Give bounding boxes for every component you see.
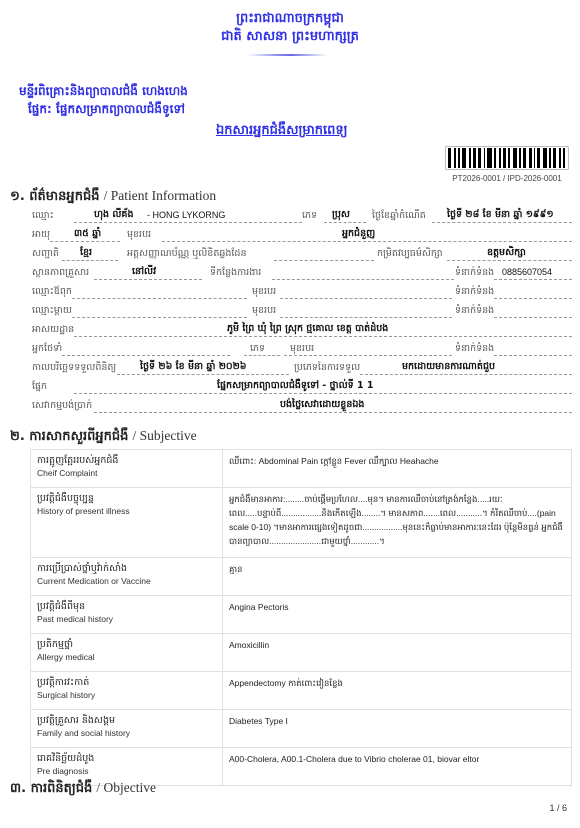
subjective-table: ការត្អូញត្អែររបស់អ្នកជំងឺCheif Complaint… bbox=[30, 449, 572, 786]
table-row: ប្រវត្តិជំងឺបច្ចុប្បន្នHistory of presen… bbox=[31, 488, 572, 558]
marital-value: នៅលីវ bbox=[132, 265, 156, 279]
caregiver-sex-label: ភេទ bbox=[250, 342, 265, 356]
row-value: Angina Pectoris bbox=[229, 602, 289, 612]
mother-occupation-label: មុខរបរ bbox=[252, 304, 276, 318]
age-label: អាយុ bbox=[32, 228, 50, 242]
mother-contact-label: ទំនាក់ទំនង bbox=[455, 304, 494, 318]
row-label-cell: ការត្អូញត្អែររបស់អ្នកជំងឺCheif Complaint bbox=[31, 450, 223, 488]
father-occupation-label: មុខរបរ bbox=[252, 285, 276, 299]
row-label-en: Cheif Complaint bbox=[37, 467, 216, 479]
section-title-en: / Patient Information bbox=[104, 188, 216, 203]
education-label: កម្រិតវប្បធម៌សិក្សា bbox=[377, 247, 443, 261]
row-value: Amoxicillin bbox=[229, 640, 269, 650]
table-row: ការប្រើប្រាស់ថ្នាំឬវ៉ាក់សាំងCurrent Medi… bbox=[31, 558, 572, 596]
sex-value: ប្រុស bbox=[332, 208, 350, 222]
row-label-km: ប្រតិកម្មថ្នាំ bbox=[37, 638, 216, 651]
row-value: Diabetes Type I bbox=[229, 716, 288, 726]
contact-label: ទំនាក់ទំនង bbox=[455, 266, 494, 280]
page-number: 1 / 6 bbox=[549, 803, 567, 813]
father-label: ឈ្មោះឪពុក bbox=[32, 285, 72, 299]
row-value-cell: A00-Cholera, A00.1-Cholera due to Vibrio… bbox=[223, 748, 572, 786]
patient-info-section-title: ១. ព័ត៌មានអ្នកជំងឺ / Patient Information bbox=[10, 188, 216, 207]
row-ward: ផ្នែក ផ្នែកសម្រាកព្យាបាលជំងឺទូទៅ - ថ្នាល… bbox=[32, 378, 572, 396]
row-admission: កាលបរិច្ឆេទទទួលពិនិត្យ ថ្ងៃទី ២៦ ខែ មីនា… bbox=[32, 359, 572, 377]
row-value: ឈឺពោះ: Abdominal Pain ក្ដៅខ្លួន Fever ឈឺ… bbox=[229, 456, 439, 466]
row-value-cell: គ្មាន bbox=[223, 558, 572, 596]
admission-type-label: ប្រភេទនៃការទទួល bbox=[294, 361, 360, 375]
row-value: Appendectomy កាត់ពោះវៀនខ្លែង bbox=[229, 678, 343, 688]
ward-label: ផ្នែក bbox=[32, 380, 47, 394]
kingdom-header: ព្រះរាជាណាចក្រកម្ពុជា bbox=[0, 10, 580, 29]
row-label-cell: ប្រតិកម្មថ្នាំAllergy medical bbox=[31, 634, 223, 672]
ward-value: ផ្នែកសម្រាកព្យាបាលជំងឺទូទៅ - ថ្នាល់ទី 1 … bbox=[217, 379, 374, 393]
dob-value: ថ្ងៃទី ២៨ ខែ មីនា ឆ្នាំ ១៩៩១ bbox=[447, 208, 554, 222]
table-row: ប្រវត្តិជំងឺពីមុនPast medical historyAng… bbox=[31, 596, 572, 634]
row-label-en: Family and social history bbox=[37, 727, 216, 739]
row-label-cell: ប្រវត្តិជំងឺពីមុនPast medical history bbox=[31, 596, 223, 634]
father-contact-label: ទំនាក់ទំនង bbox=[455, 285, 494, 299]
id-label: អត្តសញ្ញាណប័ណ្ណ ឬលិខិតឆ្លងដែន bbox=[127, 247, 247, 261]
row-label-km: ប្រវត្តិជំងឺពីមុន bbox=[37, 600, 216, 613]
name-latin-value: - HONG LYKORNG bbox=[147, 210, 225, 220]
motto-header: ជាតិ សាសនា ព្រះមហាក្សត្រ bbox=[0, 28, 580, 47]
row-value: គ្មាន bbox=[229, 564, 243, 574]
row-value-cell: Diabetes Type I bbox=[223, 710, 572, 748]
caregiver-occupation-label: មុខរបរ bbox=[290, 342, 314, 356]
barcode-image bbox=[445, 146, 569, 170]
table-row: ប្រវត្តិការវះកាត់Surgical historyAppende… bbox=[31, 672, 572, 710]
row-value-cell: Amoxicillin bbox=[223, 634, 572, 672]
row-father: ឈ្មោះឪពុក មុខរបរ ទំនាក់ទំនង bbox=[32, 283, 572, 301]
row-marital: ស្ថានភាពគ្រួសារ នៅលីវ ទីកន្លែងការងារ ទំន… bbox=[32, 264, 572, 282]
address-label: អាសយដ្ឋាន bbox=[32, 323, 74, 337]
mother-label: ឈ្មោះម្ដាយ bbox=[32, 304, 72, 318]
row-label-km: ប្រវត្តិការវះកាត់ bbox=[37, 676, 216, 689]
section-title-km: ២. ការសាកសួរពីអ្នកជំងឺ bbox=[10, 429, 128, 444]
row-address: អាសយដ្ឋាន ភូមិ ព្រៃ ឃុំ ព្រៃ ស្រុក ថ្មគោ… bbox=[32, 321, 572, 339]
row-label-cell: ប្រវត្តិជំងឺបច្ចុប្បន្នHistory of presen… bbox=[31, 488, 223, 558]
row-value-cell: Angina Pectoris bbox=[223, 596, 572, 634]
row-label-cell: ប្រវត្តិគ្រួសារ និងសង្គមFamily and socia… bbox=[31, 710, 223, 748]
row-label-en: Past medical history bbox=[37, 613, 216, 625]
row-label-en: Pre diagnosis bbox=[37, 765, 216, 777]
dob-label: ថ្ងៃខែឆ្នាំកំណើត bbox=[372, 209, 426, 223]
row-value: អ្នកជំងឺមានអាការ:........ចាប់ផ្ដើមប្រហែល… bbox=[229, 494, 563, 546]
row-label-km: ការត្អូញត្អែររបស់អ្នកជំងឺ bbox=[37, 454, 216, 467]
row-label-en: Current Medication or Vaccine bbox=[37, 575, 216, 587]
marital-label: ស្ថានភាពគ្រួសារ bbox=[32, 266, 89, 280]
table-row: ការត្អូញត្អែររបស់អ្នកជំងឺCheif Complaint… bbox=[31, 450, 572, 488]
row-value-cell: អ្នកជំងឺមានអាការ:........ចាប់ផ្ដើមប្រហែល… bbox=[223, 488, 572, 558]
admission-date-value: ថ្ងៃទី ២៦ ខែ មីនា ឆ្នាំ ២០២៦ bbox=[140, 360, 247, 374]
education-value: ឧត្តមសិក្សា bbox=[487, 246, 526, 260]
admission-type-value: មកដោយមានការណាត់ជួប bbox=[402, 360, 495, 374]
contact-value: 0885607054 bbox=[502, 267, 552, 277]
section-title-km: ១. ព័ត៌មានអ្នកជំងឺ bbox=[10, 189, 99, 204]
payment-label: សេវាកម្មបង់ប្រាក់ bbox=[32, 399, 92, 413]
row-label-km: រោគវិនិច្ឆ័យដំបូង bbox=[37, 752, 216, 765]
objective-section-title: ៣. ការពិនិត្យជំងឺ / Objective bbox=[10, 780, 156, 799]
row-label-cell: ការប្រើប្រាស់ថ្នាំឬវ៉ាក់សាំងCurrent Medi… bbox=[31, 558, 223, 596]
section-title-en: / Objective bbox=[96, 780, 156, 795]
row-label-km: ការប្រើប្រាស់ថ្នាំឬវ៉ាក់សាំង bbox=[37, 562, 216, 575]
row-mother: ឈ្មោះម្ដាយ មុខរបរ ទំនាក់ទំនង bbox=[32, 302, 572, 320]
section-title-km: ៣. ការពិនិត្យជំងឺ bbox=[10, 781, 92, 796]
occupation-value: អ្នកជំនួញ bbox=[342, 227, 375, 241]
name-label: ឈ្មោះ bbox=[32, 209, 54, 223]
occupation-label: មុខរបរ bbox=[127, 228, 151, 242]
row-value-cell: ឈឺពោះ: Abdominal Pain ក្ដៅខ្លួន Fever ឈឺ… bbox=[223, 450, 572, 488]
row-payment: សេវាកម្មបង់ប្រាក់ បង់ថ្លៃសេវាដោយខ្លួនឯង bbox=[32, 397, 572, 415]
department-name: ផ្នែក: ផ្នែកសម្រាកព្យាបាលជំងឺទូទៅ bbox=[28, 101, 185, 119]
workplace-label: ទីកន្លែងការងារ bbox=[210, 266, 261, 280]
row-nationality: សញ្ជាតិ ខ្មែរ អត្តសញ្ញាណប័ណ្ណ ឬលិខិតឆ្លង… bbox=[32, 245, 572, 263]
caregiver-label: អ្នកថែទាំ bbox=[32, 342, 62, 356]
barcode-text: PT2026-0001 / IPD-2026-0001 bbox=[445, 174, 569, 183]
payment-value: បង់ថ្លៃសេវាដោយខ្លួនឯង bbox=[280, 398, 364, 412]
name-value: ហុង លីគ័ង bbox=[94, 208, 134, 222]
document-title: ឯកសារអ្នកជំងឺសម្រាកពេទ្យ bbox=[216, 122, 348, 141]
age-value: ៣៥ ឆ្នាំ bbox=[74, 227, 101, 241]
row-label-cell: ប្រវត្តិការវះកាត់Surgical history bbox=[31, 672, 223, 710]
row-label-en: Surgical history bbox=[37, 689, 216, 701]
row-value: A00-Cholera, A00.1-Cholera due to Vibrio… bbox=[229, 754, 479, 764]
nationality-value: ខ្មែរ bbox=[80, 246, 92, 260]
sex-label: ភេទ bbox=[302, 209, 317, 223]
nationality-label: សញ្ជាតិ bbox=[32, 247, 59, 261]
table-row: ប្រតិកម្មថ្នាំAllergy medicalAmoxicillin bbox=[31, 634, 572, 672]
row-label-km: ប្រវត្តិជំងឺបច្ចុប្បន្ន bbox=[37, 492, 216, 505]
caregiver-contact-label: ទំនាក់ទំនង bbox=[455, 342, 494, 356]
row-name: ឈ្មោះ ហុង លីគ័ង - HONG LYKORNG ភេទ ប្រុស… bbox=[32, 207, 572, 225]
subjective-section-title: ២. ការសាកសួរពីអ្នកជំងឺ / Subjective bbox=[10, 428, 197, 447]
admission-date-label: កាលបរិច្ឆេទទទួលពិនិត្យ bbox=[32, 361, 116, 375]
row-age: អាយុ ៣៥ ឆ្នាំ មុខរបរ អ្នកជំនួញ bbox=[32, 226, 572, 244]
row-caregiver: អ្នកថែទាំ ភេទ មុខរបរ ទំនាក់ទំនង bbox=[32, 340, 572, 358]
table-row: ប្រវត្តិគ្រួសារ និងសង្គមFamily and socia… bbox=[31, 710, 572, 748]
row-value-cell: Appendectomy កាត់ពោះវៀនខ្លែង bbox=[223, 672, 572, 710]
row-label-en: History of present illness bbox=[37, 505, 216, 517]
decorative-divider bbox=[247, 54, 327, 56]
hospital-name: មន្ទីរពិគ្រោះនិងព្យាបាលជំងឺ ហេងហេង bbox=[19, 83, 188, 101]
section-title-en: / Subjective bbox=[132, 428, 196, 443]
row-label-km: ប្រវត្តិគ្រួសារ និងសង្គម bbox=[37, 714, 216, 727]
address-value: ភូមិ ព្រៃ ឃុំ ព្រៃ ស្រុក ថ្មគោល ខេត្ត បា… bbox=[227, 322, 388, 336]
row-label-en: Allergy medical bbox=[37, 651, 216, 663]
